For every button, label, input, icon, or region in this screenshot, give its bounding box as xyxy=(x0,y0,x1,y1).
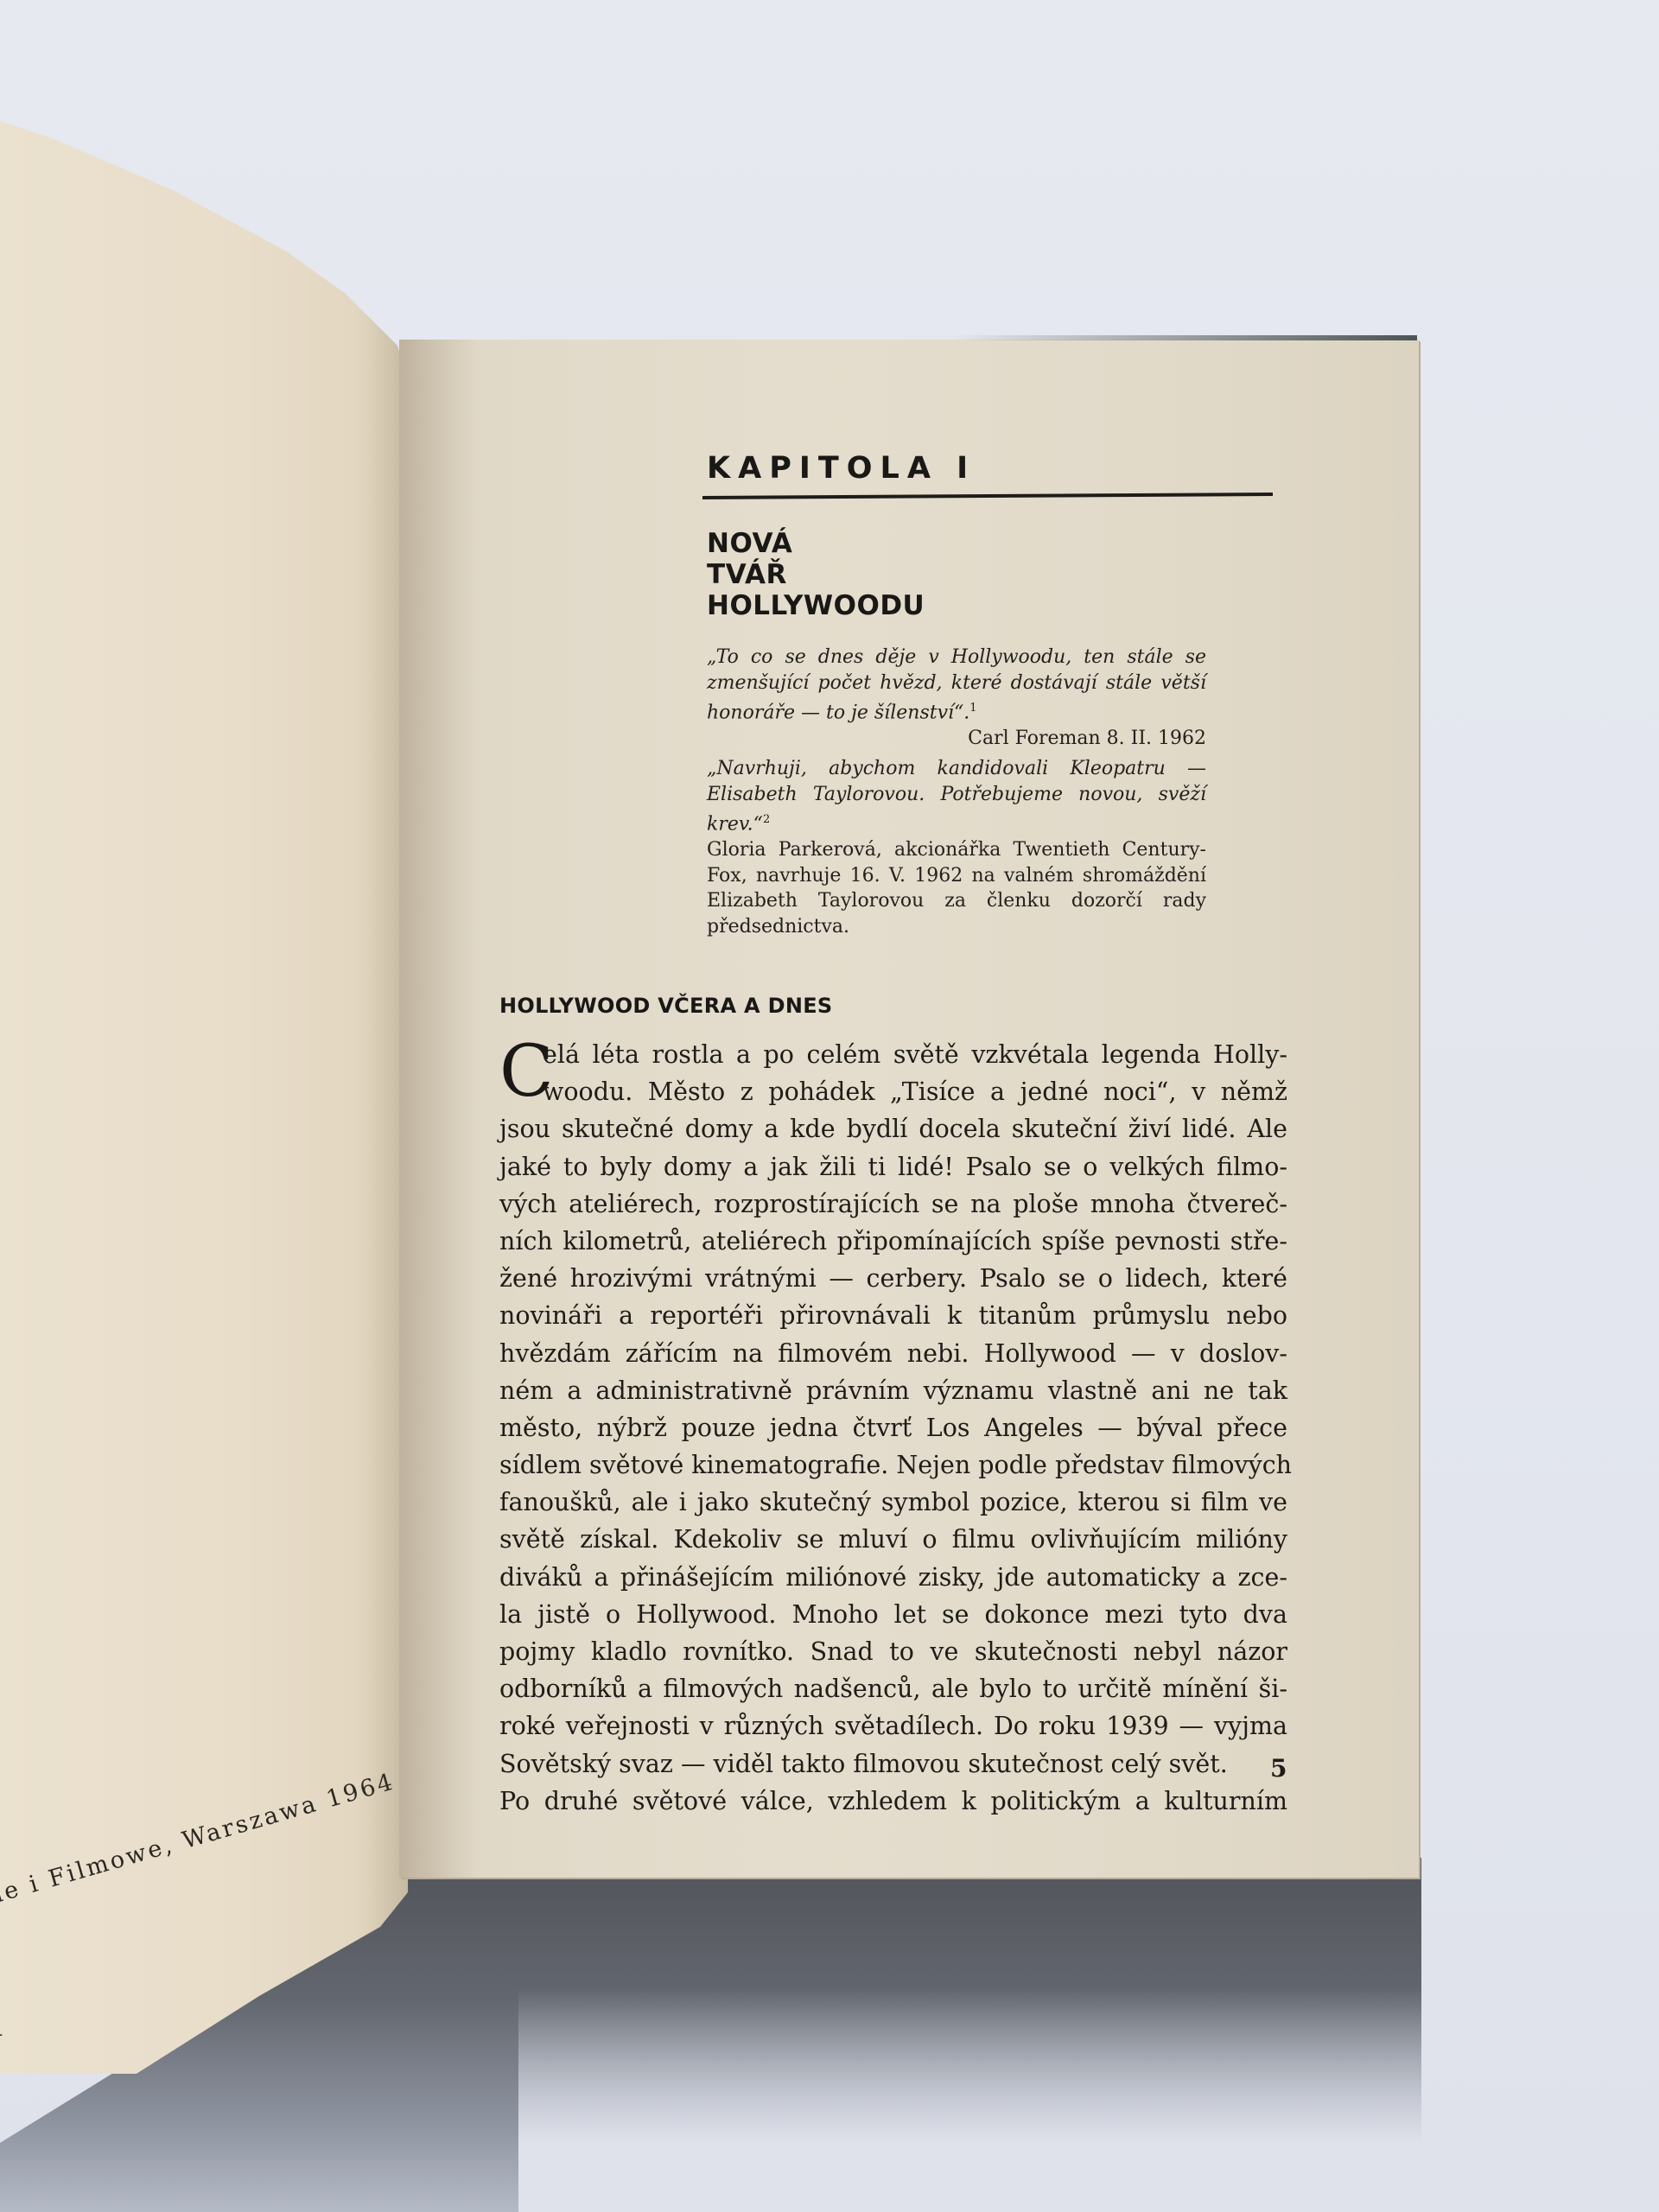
book-photo-scene: ne i Filmowe, Warszawa 1964 i KAPITOLA I… xyxy=(0,0,1659,2212)
chapter-title-line: TVÁŘ xyxy=(707,559,925,590)
quote-text: „Navrhuji, abychom kandidovali Kleopatru… xyxy=(707,758,1206,835)
chapter-title-line: HOLLYWOODU xyxy=(707,590,925,621)
publisher-imprint: ne i Filmowe, Warszawa 1964 xyxy=(0,1768,397,1910)
chapter-title: NOVÁ TVÁŘ HOLLYWOODU xyxy=(707,528,925,621)
body-line: woodu. Město z pohádek „Tisíce a jedné n… xyxy=(499,1073,1287,1110)
body-line: jaké to byly domy a jak žili ti lidé! Ps… xyxy=(499,1148,1287,1185)
cover-shadow xyxy=(518,1987,1659,2212)
footnote-marker: 1 xyxy=(969,702,976,715)
body-line: novináři a reportéři přirovnávali k tita… xyxy=(499,1297,1287,1334)
imprint-fragment: i xyxy=(0,2013,3,2042)
page-edge xyxy=(950,335,1417,340)
epigraph-quote-2: „Navrhuji, abychom kandidovali Kleopatru… xyxy=(707,756,1206,837)
body-line: elá léta rostla a po celém světě vzkvéta… xyxy=(499,1036,1287,1073)
epigraph-quote-1: „To co se dnes děje v Hollywoodu, ten st… xyxy=(707,645,1206,726)
body-line: ních kilometrů, ateliérech připomínající… xyxy=(499,1223,1287,1260)
chapter-label: KAPITOLA I xyxy=(707,451,976,486)
body-line: Po druhé světové válce, vzhledem k polit… xyxy=(499,1783,1287,1820)
body-line: la jistě o Hollywood. Mnoho let se dokon… xyxy=(499,1596,1287,1633)
footnote-marker: 2 xyxy=(763,813,770,826)
epigraph-attribution-2: Gloria Parkerová, akcionářka Twentieth C… xyxy=(707,837,1206,939)
epigraph-attribution-1: Carl Foreman 8. II. 1962 xyxy=(707,726,1206,752)
body-line: žené hrozivými vrátnými — cerbery. Psalo… xyxy=(499,1260,1287,1297)
body-line: roké veřejnosti v různých světadílech. D… xyxy=(499,1707,1287,1745)
body-line: sídlem světové kinematografie. Nejen pod… xyxy=(499,1446,1287,1484)
chapter-title-line: NOVÁ xyxy=(707,528,925,559)
section-heading: HOLLYWOOD VČERA A DNES xyxy=(499,994,832,1018)
body-line: vých ateliérech, rozprostírajících se na… xyxy=(499,1185,1287,1223)
body-line: světě získal. Kdekoliv se mluví o filmu … xyxy=(499,1521,1287,1558)
body-line: hvězdám zářícím na filmovém nebi. Hollyw… xyxy=(499,1335,1287,1372)
body-line: diváků a přinášejícím miliónové zisky, j… xyxy=(499,1559,1287,1596)
body-line: fanoušků, ale i jako skutečný symbol poz… xyxy=(499,1484,1287,1521)
body-line: ném a administrativně právním významu vl… xyxy=(499,1372,1287,1409)
body-line: pojmy kladlo rovnítko. Snad to ve skuteč… xyxy=(499,1633,1287,1670)
body-line: jsou skutečné domy a kde bydlí docela sk… xyxy=(499,1110,1287,1147)
body-line: Sovětský svaz — viděl takto filmovou sku… xyxy=(499,1745,1287,1783)
page-number: 5 xyxy=(1270,1754,1287,1783)
left-page: ne i Filmowe, Warszawa 1964 i xyxy=(0,121,408,2074)
body-paragraph: elá léta rostla a po celém světě vzkvéta… xyxy=(499,1036,1287,1820)
body-line: město, nýbrž pouze jedna čtvrť Los Angel… xyxy=(499,1409,1287,1446)
quote-text: „To co se dnes děje v Hollywoodu, ten st… xyxy=(707,646,1206,723)
body-line: odborníků a filmových nadšenců, ale bylo… xyxy=(499,1670,1287,1707)
epigraph-block: „To co se dnes děje v Hollywoodu, ten st… xyxy=(707,645,1206,939)
